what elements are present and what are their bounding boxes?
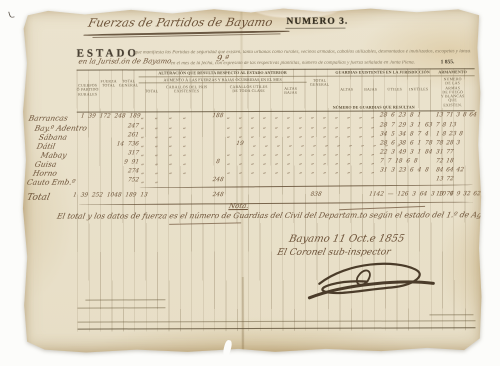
header-col-fuerza: FUERZA TOTAL (99, 79, 119, 88)
footer-box-rule-1 (85, 299, 165, 300)
photo-background: Fuerzas de Partidos de Bayamo NUMERO 3. … (0, 0, 500, 366)
total-right-values: 1142 — 126 3 64 3 10 6 (369, 191, 440, 197)
header-group-a-title: ALTERACIÓN QUE RESULTA RESPECTO AL ESTAD… (139, 70, 307, 76)
row-left-values: 317 (80, 150, 139, 156)
intro-line-2: en el mes de la fecha, con expresión de … (171, 60, 433, 66)
document-paper: Fuerzas de Partidos de Bayamo NUMERO 3. … (20, 6, 482, 354)
row-right-values-2: 13 72 (436, 176, 479, 182)
row-ditto-marks: „ „ „ „ (141, 132, 186, 139)
total-mid-value: 248 (205, 192, 232, 198)
total-right-values-2: 13 71 9 32 62 3 (436, 191, 479, 197)
numero-label: NUMERO 3. (286, 17, 348, 27)
nota-label: Nota. (228, 202, 249, 210)
row-left-values: 247 (80, 123, 139, 129)
header-col-total: TOTAL GENERAL (119, 79, 139, 88)
row-ditto-marks: „ „ „ „ „ „ „ „ „ „ „ „ „ (227, 159, 374, 167)
header-group-c-title: GUARDIAS EXISTENTES EN LA JURISDICCIÓN (335, 69, 431, 74)
row-right-values-2: 7 8 13 (435, 122, 478, 128)
note-text: El total y los datos de fuerza es el núm… (56, 210, 466, 220)
numero-underline (285, 28, 345, 29)
row-right-values-2: 84 64 42 (436, 167, 479, 173)
bottom-rule-1 (77, 320, 475, 322)
row-right-values: 28 6 38 6 1 78 (379, 140, 438, 146)
row-right-values-2: 78 28 3 (435, 140, 478, 146)
row-right-values-2: 72 18 (436, 158, 479, 164)
footer-short-rule (429, 314, 473, 315)
row-left-values: 752 (81, 177, 140, 183)
header-c-bajas: BAJAS (359, 88, 383, 92)
header-c-altas: ALTAS (335, 88, 359, 92)
row-left-values: 261 (80, 132, 139, 138)
year-label: 1 855. (441, 59, 455, 65)
row-left-values: 274 (81, 168, 140, 174)
row-name: Cauto Emb.º (26, 178, 78, 187)
row-ditto-marks: „ „ „ „ „ „ „ „ „ „ „ „ „ (253, 140, 400, 148)
total-mid-value-2: 838 (301, 192, 332, 198)
intro-line-1: que manifiesta las Partidas de seguridad… (135, 49, 471, 55)
row-ditto-marks: „ „ „ „ (141, 141, 186, 148)
row-mid-value: 19 (226, 141, 253, 147)
row-ditto-marks: „ „ „ „ „ „ „ „ „ „ „ „ „ (227, 168, 374, 176)
row-ditto-marks: „ „ (141, 177, 158, 184)
header-col-cuerpos: CUERPOS Ó PARTIDOS RURALES (77, 84, 99, 97)
row-right-values-2: 1 8 23 8 (435, 131, 478, 137)
row-name: Guisa (34, 160, 86, 169)
header-group-a-subtitle: AUMENTO Á LAS FUERZAS Y BAJAS OCURRIDAS … (139, 77, 307, 83)
header-strip-label: NÚMERO DE GUARDIAS QUE RESULTAN (317, 104, 431, 109)
row-ditto-marks: „ „ „ „ „ „ „ „ „ „ „ „ „ (227, 123, 374, 131)
row-ditto-marks: „ „ „ „ (141, 150, 186, 157)
row-name: Horno (32, 169, 84, 178)
row-ditto-marks: „ „ „ „ (141, 113, 186, 120)
row-right-values-2: 31 77 (435, 149, 478, 155)
row-name: Barrancas (28, 114, 80, 123)
header-sub-caballos-utiles: CABALLOS ÚTILES DE TODA CLASE (223, 85, 275, 94)
row-name: Bay.º Adentro (34, 124, 86, 133)
header-observaciones-lines: NÚMERO DE LAS ARMAS DE FUEGO Y BLANCAS Q… (431, 77, 475, 107)
header-group-d-title: ARMAMENTO (431, 69, 475, 74)
row-mid-value: 248 (205, 177, 232, 183)
place-date-script: Bayamo 11 Oct.e 1855 (288, 233, 405, 244)
total-left-values: 1 39 252 1048 189 13 (73, 192, 144, 198)
row-right-values: 7 7 18 6 8 (380, 158, 439, 164)
row-ditto-marks: „ „ „ „ (141, 168, 186, 175)
signature-rubric (299, 253, 439, 305)
header-group-b: TOTAL GENERAL (307, 79, 333, 88)
paper-wrap: Fuerzas de Partidos de Bayamo NUMERO 3. … (0, 0, 500, 366)
footer-box-rule-2 (77, 307, 165, 308)
intro-handwritten-insert: en la Jurisd.ón de Bayamo (78, 57, 172, 65)
header-sub-altas-bajas: ALTAS BAJAS (275, 87, 307, 96)
handwritten-title: Fuerzas de Partidos de Bayamo (87, 15, 274, 30)
row-left-values: 14 736 (80, 141, 139, 147)
row-right-values: 34 5 34 8 7 4 (379, 131, 438, 137)
row-ditto-marks: „ „ „ „ „ „ „ „ „ „ „ „ „ (227, 132, 374, 140)
row-right-values: 22 3 49 3 1 84 (379, 149, 438, 155)
row-ditto-marks: „ „ „ „ (141, 123, 186, 130)
row-left-values: 1 39 172 248 189 (80, 113, 139, 119)
header-c-utiles: ÚTILES (383, 87, 407, 91)
row-ditto-marks: „ „ „ „ „ „ „ „ „ „ „ „ „ (227, 150, 374, 158)
row-right-values: 28 6 23 8 1 (379, 112, 438, 118)
bottom-rule-2 (78, 327, 476, 330)
total-label: Total (26, 193, 78, 203)
row-right-values: 31 3 23 6 4 8 (380, 167, 439, 173)
header-sub-caballos-pais: CABALLOS DEL PAÍS EXISTENTES (165, 85, 209, 94)
row-ditto-marks: „ „ „ „ (141, 159, 186, 166)
header-sub-total: TOTAL (139, 89, 165, 93)
row-right-values: 28 7 29 3 1 63 (379, 122, 438, 128)
header-c-inutiles: INÚTILES (407, 87, 431, 91)
row-right-values-2: 13 71 3 8 64 7 (435, 112, 478, 118)
table-total-row: Total 1 39 252 1048 189 13 248 838 1142 … (77, 191, 475, 202)
row-ditto-marks: „ „ „ „ „ „ „ „ „ „ „ „ „ (227, 113, 374, 121)
row-left-values: 9 91 (81, 159, 140, 165)
